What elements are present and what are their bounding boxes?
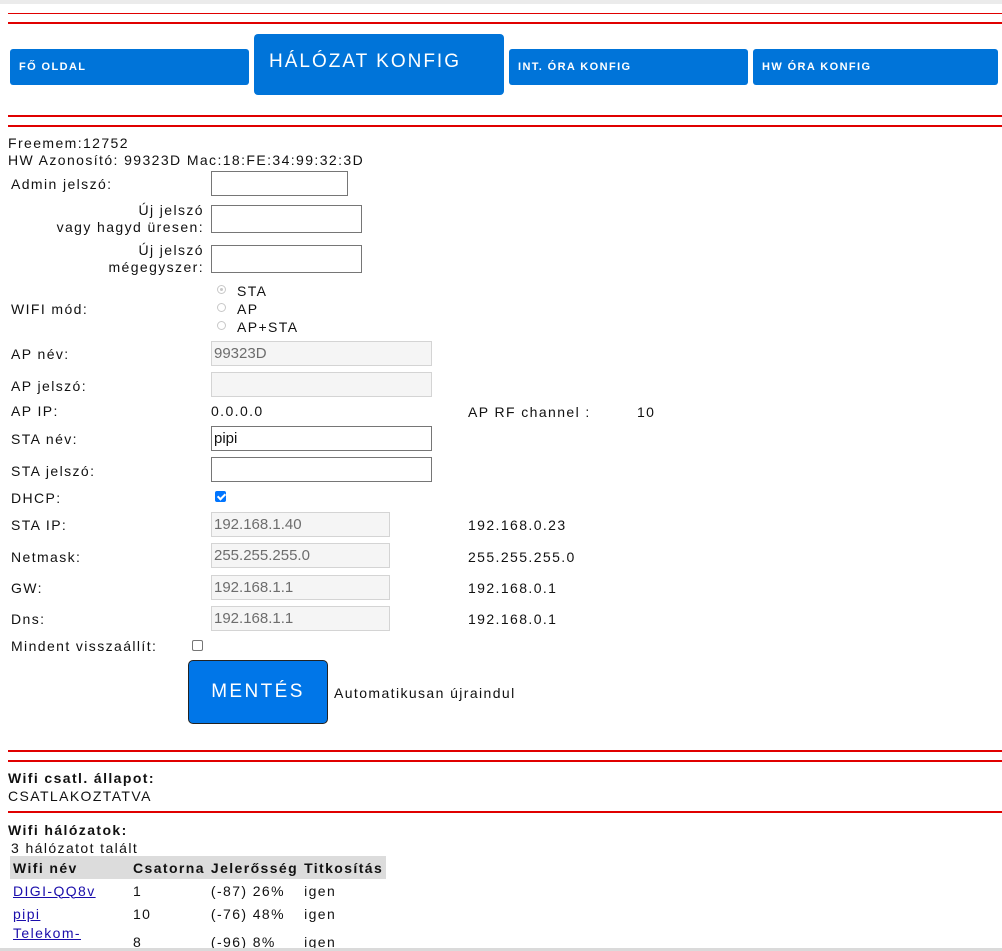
network-link[interactable]: Telekom- [13, 925, 81, 941]
reset-all-label: Mindent visszaállít: [11, 638, 157, 654]
wifi-mode-apsta-radio[interactable] [217, 321, 226, 330]
new-password-label-line1: Új jelszó [20, 202, 204, 219]
wifi-mode-ap-radio[interactable] [217, 303, 226, 312]
sta-password-label: STA jelszó: [11, 463, 95, 479]
wifi-mode-ap-label: AP [237, 301, 258, 317]
save-button-label: MENTÉS [211, 681, 305, 703]
network-channel: 1 [130, 879, 208, 902]
wifi-mode-sta-label: STA [237, 283, 267, 299]
sta-ip-input[interactable] [211, 512, 390, 537]
gw-current: 192.168.0.1 [468, 580, 557, 596]
divider [8, 811, 1002, 813]
nav-label: FŐ OLDAL [19, 61, 86, 73]
dns-label: Dns: [11, 611, 45, 627]
hw-id-text: HW Azonosító: 99323D Mac:18:FE:34:99:32:… [8, 152, 364, 168]
wifi-mode-label: WIFI mód: [11, 301, 88, 317]
ap-rf-channel-label: AP RF channel : [468, 404, 591, 420]
wifi-mode-sta-radio[interactable] [217, 285, 226, 294]
netmask-label: Netmask: [11, 549, 81, 565]
sta-password-input[interactable] [211, 457, 432, 482]
ap-password-input[interactable] [211, 372, 432, 397]
table-header-row: Wifi név Csatorna Jelerősség Titkosítás [10, 856, 386, 879]
ap-name-input[interactable] [211, 341, 432, 366]
netmask-input[interactable] [211, 543, 390, 568]
divider [8, 115, 1002, 117]
wifi-status-value: CSATLAKOZTATVA [8, 788, 152, 804]
col-channel: Csatorna [130, 856, 208, 879]
dhcp-checkbox[interactable] [215, 491, 226, 502]
gw-label: GW: [11, 580, 43, 596]
ap-password-label: AP jelszó: [11, 378, 87, 394]
reset-all-checkbox[interactable] [192, 640, 203, 651]
ap-ip-value: 0.0.0.0 [211, 403, 264, 419]
freemem-text: Freemem:12752 [8, 135, 129, 151]
nav-int-ora-konfig-button[interactable]: INT. ÓRA KONFIG [509, 49, 748, 85]
dhcp-label: DHCP: [11, 490, 62, 506]
ap-rf-channel-value: 10 [637, 404, 655, 420]
network-encryption: igen [301, 879, 386, 902]
wifi-mode-apsta-label: AP+STA [237, 319, 298, 335]
sta-name-label: STA név: [11, 431, 78, 447]
divider [8, 750, 1002, 752]
network-signal: (-76) 48% [208, 902, 301, 925]
ap-ip-label: AP IP: [11, 403, 59, 419]
dns-input[interactable] [211, 606, 390, 631]
nav-fo-oldal-button[interactable]: FŐ OLDAL [10, 49, 249, 85]
network-link[interactable]: DIGI-QQ8v [13, 883, 96, 899]
network-encryption: igen [301, 902, 386, 925]
divider [8, 125, 1002, 127]
network-channel: 10 [130, 902, 208, 925]
divider [8, 13, 1002, 14]
new-password-label: Új jelszó vagy hagyd üresen: [20, 202, 204, 236]
sta-ip-label: STA IP: [11, 517, 67, 533]
col-signal: Jelerősség [208, 856, 301, 879]
ap-name-label: AP név: [11, 346, 70, 362]
repeat-password-label: Új jelszó mégegyszer: [20, 242, 204, 276]
wifi-networks-found: 3 hálózatot talált [11, 840, 138, 856]
wifi-status-title: Wifi csatl. állapot: [8, 770, 155, 786]
gw-input[interactable] [211, 575, 390, 600]
new-password-label-line2: vagy hagyd üresen: [20, 219, 204, 236]
admin-password-input[interactable] [211, 171, 348, 196]
repeat-password-label-line1: Új jelszó [20, 242, 204, 259]
divider [8, 22, 1002, 24]
col-wifi-name: Wifi név [10, 856, 130, 879]
admin-password-label: Admin jelszó: [11, 176, 112, 192]
netmask-current: 255.255.255.0 [468, 549, 576, 565]
repeat-password-input[interactable] [211, 245, 362, 273]
sta-ip-current: 192.168.0.23 [468, 517, 567, 533]
wifi-networks-title: Wifi hálózatok: [8, 822, 128, 838]
dns-current: 192.168.0.1 [468, 611, 557, 627]
nav-halozat-konfig-button[interactable]: HÁLÓZAT KONFIG [254, 34, 504, 95]
table-row: DIGI-QQ8v 1 (-87) 26% igen [10, 879, 386, 902]
nav-label: INT. ÓRA KONFIG [518, 61, 631, 73]
network-signal: (-87) 26% [208, 879, 301, 902]
nav-label: HW ÓRA KONFIG [762, 61, 871, 73]
sta-name-input[interactable] [211, 426, 432, 451]
divider [8, 760, 1002, 762]
browser-top-edge [0, 0, 1002, 4]
col-encryption: Titkosítás [301, 856, 386, 879]
nav-label: HÁLÓZAT KONFIG [269, 51, 461, 73]
nav-hw-ora-konfig-button[interactable]: HW ÓRA KONFIG [753, 49, 998, 85]
repeat-password-label-line2: mégegyszer: [20, 259, 204, 276]
wifi-networks-table: Wifi név Csatorna Jelerősség Titkosítás … [10, 856, 386, 951]
save-note: Automatikusan újraindul [334, 685, 516, 701]
table-row: pipi 10 (-76) 48% igen [10, 902, 386, 925]
new-password-input[interactable] [211, 205, 362, 233]
save-button[interactable]: MENTÉS [188, 660, 328, 724]
network-link[interactable]: pipi [13, 906, 40, 922]
